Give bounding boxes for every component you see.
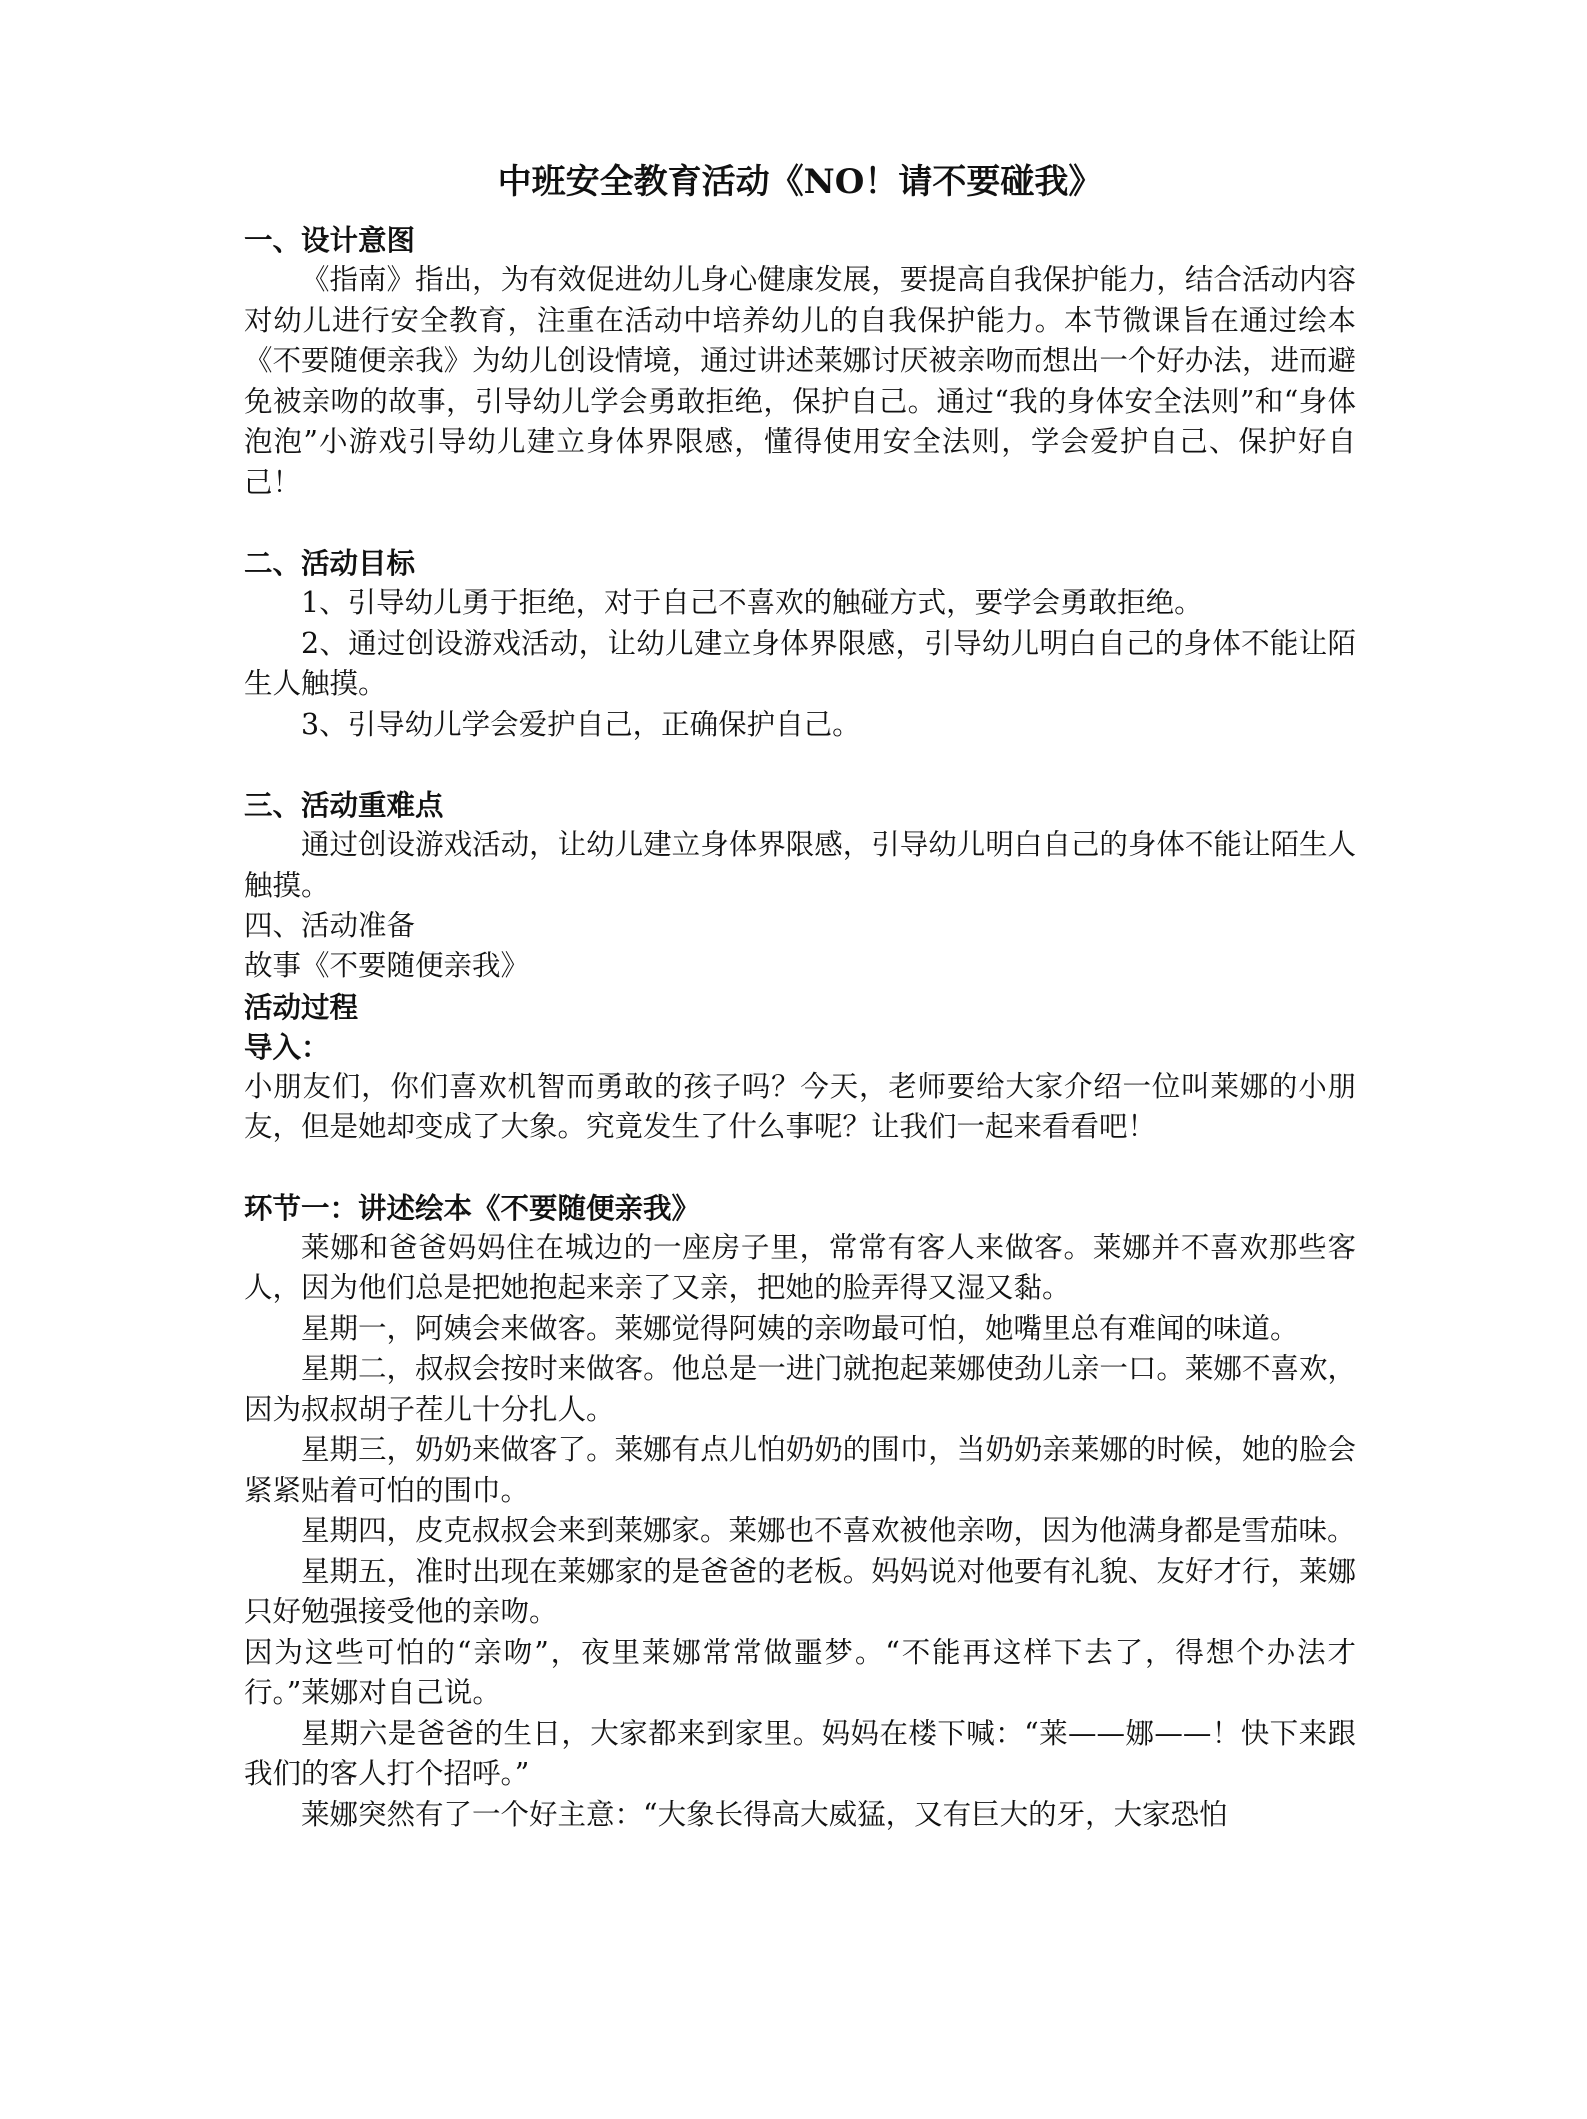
goal-item-3: 3、引导幼儿学会爱护自己，正确保护自己。 xyxy=(244,705,1356,746)
story-paragraph: 星期一，阿姨会来做客。莱娜觉得阿姨的亲吻最可怕，她嘴里总有难闻的味道。 xyxy=(244,1309,1356,1350)
story-paragraph: 因为这些可怕的“亲吻”，夜里莱娜常常做噩梦。“不能再这样下去了，得想个办法才行。… xyxy=(244,1633,1356,1714)
document-title: 中班安全教育活动《NO！请不要碰我》 xyxy=(244,150,1356,214)
story-paragraph: 星期六是爸爸的生日，大家都来到家里。妈妈在楼下喊：“莱——娜——！快下来跟我们的… xyxy=(244,1714,1356,1795)
goal-item-1: 1、引导幼儿勇于拒绝，对于自己不喜欢的触碰方式，要学会勇敢拒绝。 xyxy=(244,583,1356,624)
intro-paragraph: 小朋友们，你们喜欢机智而勇敢的孩子吗？今天，老师要给大家介绍一位叫莱娜的小朋友，… xyxy=(244,1067,1356,1148)
intro-heading: 导入： xyxy=(244,1027,1356,1067)
design-intent-paragraph: 《指南》指出，为有效促进幼儿身心健康发展，要提高自我保护能力，结合活动内容对幼儿… xyxy=(244,260,1356,503)
section-heading-process: 活动过程 xyxy=(244,987,1356,1027)
story-paragraph: 星期二，叔叔会按时来做客。他总是一进门就抱起莱娜使劲儿亲一口。莱娜不喜欢，因为叔… xyxy=(244,1349,1356,1430)
section-heading-goals: 二、活动目标 xyxy=(244,543,1356,583)
spacer xyxy=(244,745,1356,785)
step1-heading: 环节一：讲述绘本《不要随便亲我》 xyxy=(244,1188,1356,1228)
section-heading-design-intent: 一、设计意图 xyxy=(244,220,1356,260)
preparation-text: 故事《不要随便亲我》 xyxy=(244,946,1356,987)
document-page: 中班安全教育活动《NO！请不要碰我》 一、设计意图 《指南》指出，为有效促进幼儿… xyxy=(244,150,1356,1835)
section-heading-preparation: 四、活动准备 xyxy=(244,906,1356,946)
section-heading-key-points: 三、活动重难点 xyxy=(244,785,1356,825)
story-paragraph: 莱娜突然有了一个好主意：“大象长得高大威猛，又有巨大的牙，大家恐怕 xyxy=(244,1795,1356,1836)
story-paragraph: 星期四，皮克叔叔会来到莱娜家。莱娜也不喜欢被他亲吻，因为他满身都是雪茄味。 xyxy=(244,1511,1356,1552)
spacer xyxy=(244,503,1356,543)
goal-item-2: 2、通过创设游戏活动，让幼儿建立身体界限感，引导幼儿明白自己的身体不能让陌生人触… xyxy=(244,624,1356,705)
story-paragraph: 莱娜和爸爸妈妈住在城边的一座房子里，常常有客人来做客。莱娜并不喜欢那些客人，因为… xyxy=(244,1228,1356,1309)
story-paragraph: 星期五，准时出现在莱娜家的是爸爸的老板。妈妈说对他要有礼貌、友好才行，莱娜只好勉… xyxy=(244,1552,1356,1633)
key-points-paragraph: 通过创设游戏活动，让幼儿建立身体界限感，引导幼儿明白自己的身体不能让陌生人触摸。 xyxy=(244,825,1356,906)
spacer xyxy=(244,1148,1356,1188)
story-paragraph: 星期三，奶奶来做客了。莱娜有点儿怕奶奶的围巾，当奶奶亲莱娜的时候，她的脸会紧紧贴… xyxy=(244,1430,1356,1511)
